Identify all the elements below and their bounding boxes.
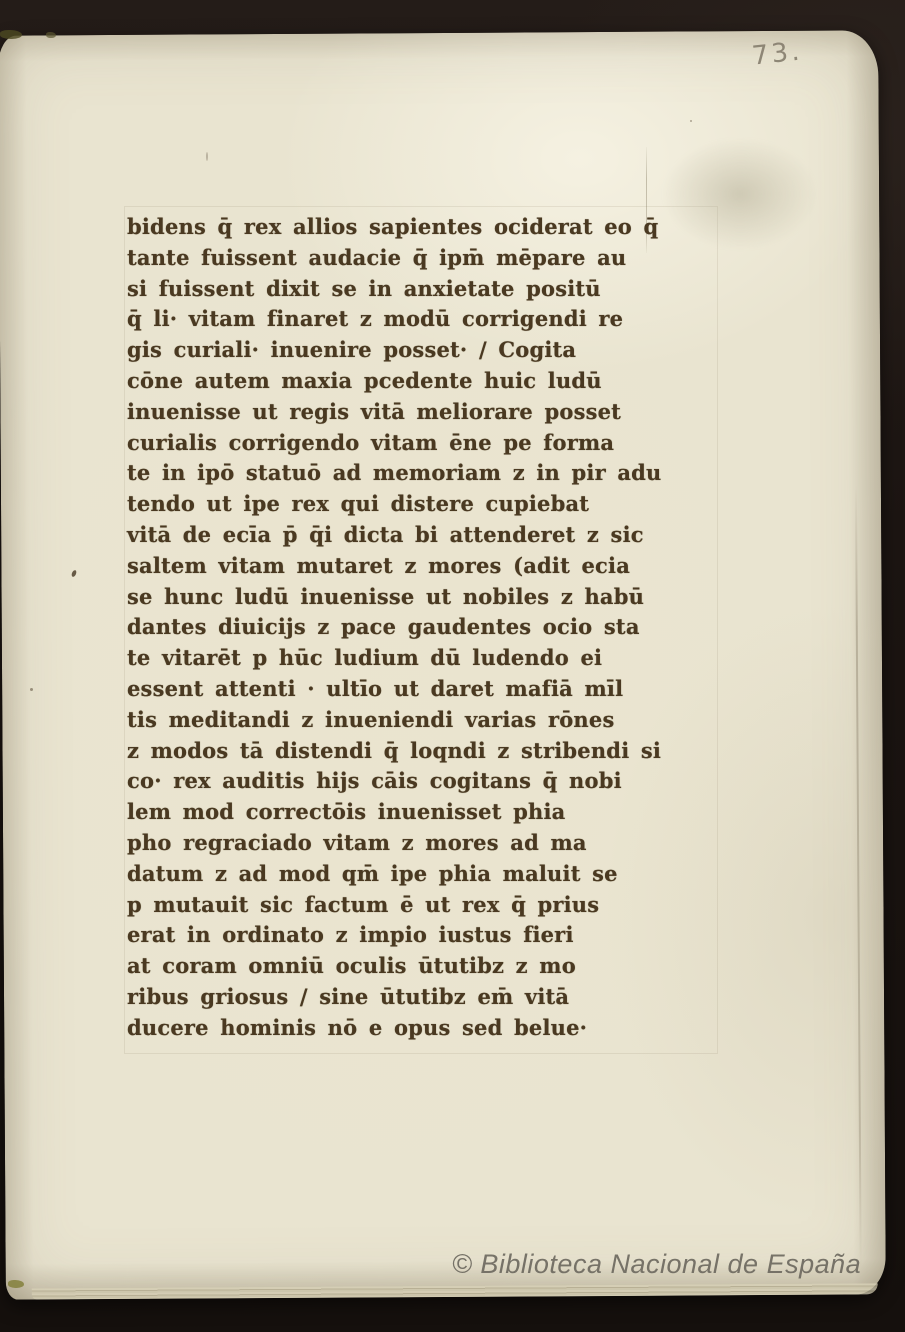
manuscript-line: se hunc ludū inuenisse ut nobiles z habū <box>127 582 723 613</box>
manuscript-line: p mutauit sic factum ē ut rex q̄ prius <box>127 890 723 921</box>
text-block: bidens q̄ rex allios sapientes ociderat … <box>127 212 723 1044</box>
binding-fleck <box>46 32 56 38</box>
manuscript-line: lem mod correctōis inuenisset phia <box>127 797 723 828</box>
manuscript-line: si fuissent dixit se in anxietate positū <box>127 274 723 305</box>
scanned-manuscript-photo: { "page": { "folio_number": "73.", "wate… <box>0 0 905 1332</box>
manuscript-line: te in ipō statuō ad memoriam z in pir ad… <box>127 458 723 489</box>
binding-fleck <box>0 30 22 39</box>
manuscript-line: te vitarēt p hūc ludium dū ludendo ei <box>127 643 723 674</box>
manuscript-line: q̄ li· vitam finaret z modū corrigendi r… <box>127 304 723 335</box>
manuscript-line: co· rex auditis hijs cāis cogitans q̄ no… <box>127 766 723 797</box>
manuscript-line: bidens q̄ rex allios sapientes ociderat … <box>127 212 723 243</box>
binding-fleck <box>8 1280 24 1288</box>
ink-speck <box>206 152 208 161</box>
manuscript-line: saltem vitam mutaret z mores (adit ecia <box>127 551 723 582</box>
manuscript-line: pho regraciado vitam z mores ad ma <box>127 828 723 859</box>
manuscript-line: vitā de ecīa p̄ q̄i dicta bi attenderet … <box>127 520 723 551</box>
library-watermark: © Biblioteca Nacional de España <box>452 1249 861 1280</box>
ink-speck <box>30 688 33 691</box>
manuscript-line: tendo ut ipe rex qui distere cupiebat <box>127 489 723 520</box>
ink-speck <box>690 120 692 122</box>
manuscript-line: tante fuissent audacie q̄ ipm̄ mēpare au <box>127 243 723 274</box>
manuscript-line: at coram omniū oculis ūtutibz z mo <box>127 951 723 982</box>
manuscript-line: datum z ad mod qm̄ ipe phia maluit se <box>127 859 723 890</box>
manuscript-line: ducere hominis nō e opus sed belue· <box>127 1013 723 1044</box>
manuscript-line: cōne autem maxia pcedente huic ludū <box>127 366 723 397</box>
folio-number: 73. <box>751 36 804 71</box>
manuscript-line: curialis corrigendo vitam ēne pe forma <box>127 428 723 459</box>
manuscript-line: tis meditandi z inueniendi varias rōnes <box>127 705 723 736</box>
manuscript-line: ribus griosus / sine ūtutibz em̄ vitā <box>127 982 723 1013</box>
manuscript-line: inuenisse ut regis vitā meliorare posset <box>127 397 723 428</box>
fore-edge-crease <box>855 485 862 1269</box>
manuscript-line: erat in ordinato z impio iustus fieri <box>127 920 723 951</box>
manuscript-line: essent attenti · ultīo ut daret mafiā mī… <box>127 674 723 705</box>
manuscript-line: z modos tā distendi q̄ loqndi z stribend… <box>127 736 723 767</box>
manuscript-line: gis curiali· inuenire posset· / Cogita <box>127 335 723 366</box>
manuscript-line: dantes diuicijs z pace gaudentes ocio st… <box>127 612 723 643</box>
